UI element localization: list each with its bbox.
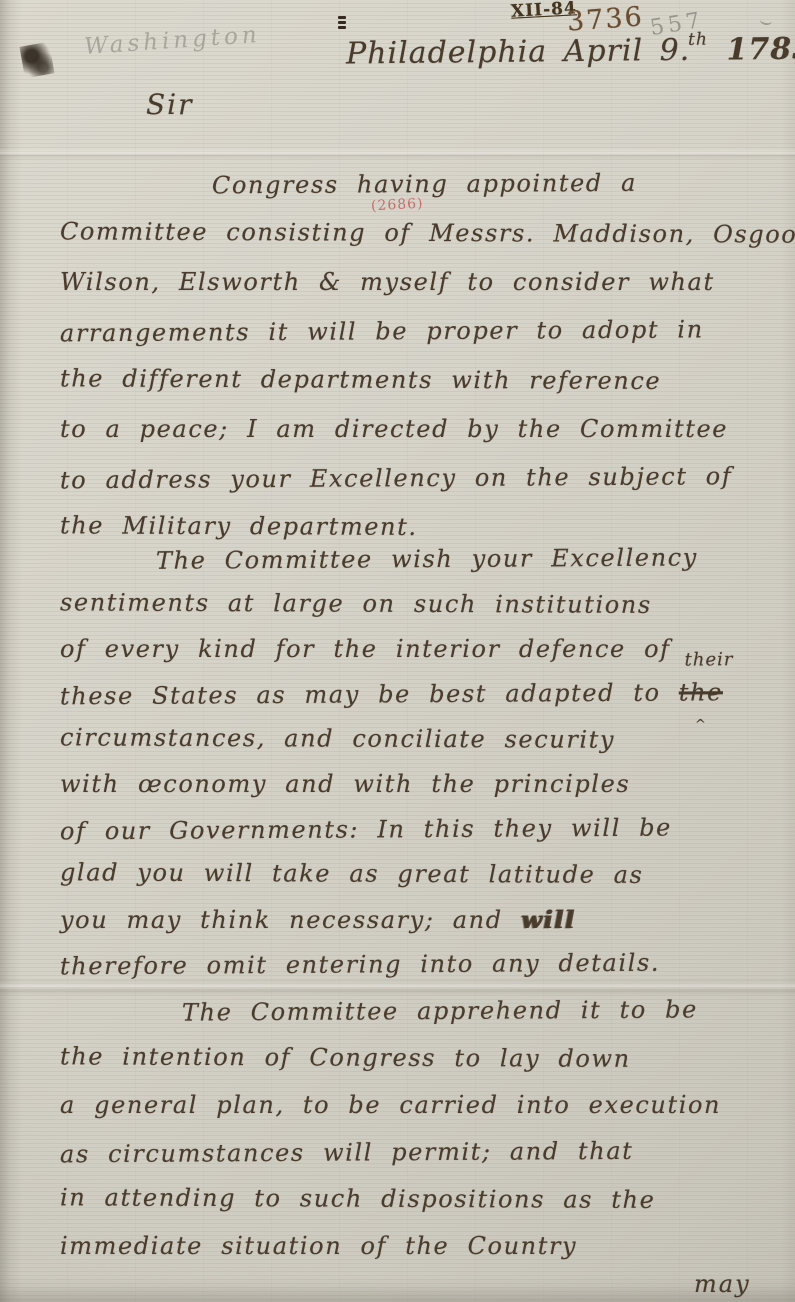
manuscript-line: glad you will take as great latitude as [60,850,795,898]
paragraph-3: The Committee apprehend it to be the int… [60,988,795,1270]
ink-stamp-mark [338,16,347,32]
manuscript-line: to a peace; I am directed by the Committ… [60,405,795,454]
manuscript-line: Wilson, Elsworth & myself to consider wh… [60,258,795,307]
manuscript-line-with-insertion: these States as may be best adapted to t… [60,670,795,720]
manuscript-line: The Committee wish your Excellency [60,535,795,585]
manuscript-line: The Committee apprehend it to be [60,986,795,1038]
manuscript-line: Committee consisting of Messrs. Maddison… [60,207,795,259]
manuscript-line: as circumstances will permit; and that [60,1127,795,1179]
manuscript-line: a general plan, to be carried into execu… [60,1082,795,1129]
struck-word: the [679,678,723,706]
manuscript-page: Washington XII-84 3736 557 Philadelphia … [0,0,795,1302]
manuscript-line: with œconomy and with the principles [60,762,795,807]
manuscript-line: the intention of Congress to lay down [60,1033,795,1083]
overwritten-word: will [521,905,575,934]
inserted-word: their [685,651,734,669]
manuscript-line: Congress having appointed a [60,158,795,212]
manuscript-line: the different departments with reference [60,354,795,406]
line-text: you may think necessary; and [60,906,503,934]
dateline-place-day: Philadelphia April 9. [346,33,691,72]
manuscript-line: in attending to such dispositions as the [60,1174,795,1224]
ink-blot-mark [19,42,54,79]
manuscript-line: to address your Excellency on the subjec… [60,452,795,506]
paragraph-2: The Committee wish your Excellency senti… [60,537,795,987]
pencil-tick-mark [759,15,772,26]
archival-number-ink: 3736 [566,1,645,37]
line-text: these States as may be best adapted to [60,679,661,711]
dateline: Philadelphia April 9.th 1783 [346,32,795,72]
manuscript-line: arrangements it will be proper to adopt … [60,305,795,359]
manuscript-line: immediate situation of the Country [60,1223,795,1270]
manuscript-line: of our Governments: In this they will be [60,805,795,855]
manuscript-line: circumstances, and conciliate security [60,715,795,763]
catchword: may [694,1270,751,1298]
manuscript-line: therefore omit entering into any details… [60,940,795,990]
inline-correction: thetheir^ [679,670,723,715]
paragraph-1: Congress having appointed a Committee co… [60,160,795,552]
fold-crease-bottom [0,1286,795,1302]
manuscript-line-with-overwrite: you may think necessary; and will [60,897,795,942]
salutation: Sir [146,88,194,121]
dateline-year: 1783 [726,32,795,68]
dateline-ordinal: th [688,30,708,50]
manuscript-line: sentiments at large on such institutions [60,580,795,628]
pencil-annotation-washington: Washington [83,22,261,60]
